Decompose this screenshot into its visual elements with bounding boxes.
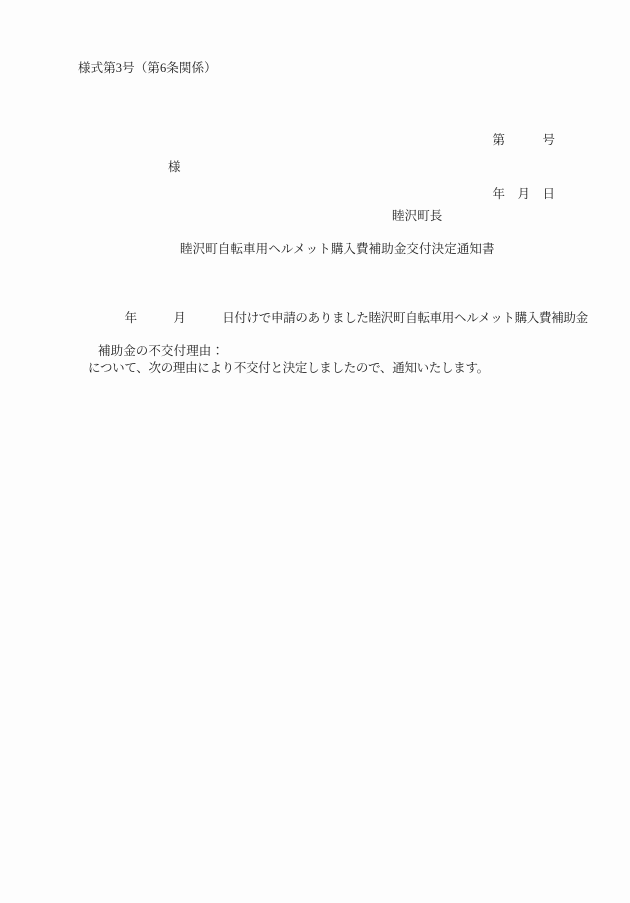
doc-number-line: 第 号: [492, 131, 555, 149]
reason-label: 補助金の不交付理由：: [98, 344, 224, 358]
recipient-honorific: 様: [168, 160, 181, 174]
body-line-1: 年 月 日付けで申請のありました睦沢町自転車用ヘルメット購入費補助金: [88, 310, 578, 327]
document-title: 睦沢町自転車用ヘルメット購入費補助金交付決定通知書: [180, 242, 495, 256]
date-line: 年 月 日: [492, 185, 555, 203]
body-line-2: について、次の理由により不交付と決定しましたので、通知いたします。: [88, 360, 578, 377]
doc-number-date-block: 第 号 年 月 日: [492, 95, 555, 239]
form-number-label: 様式第3号（第6条関係）: [78, 61, 217, 75]
document-page: 様式第3号（第6条関係） 第 号 年 月 日 様 睦沢町長 睦沢町自転車用ヘルメ…: [0, 0, 630, 903]
sender-title: 睦沢町長: [392, 209, 442, 223]
